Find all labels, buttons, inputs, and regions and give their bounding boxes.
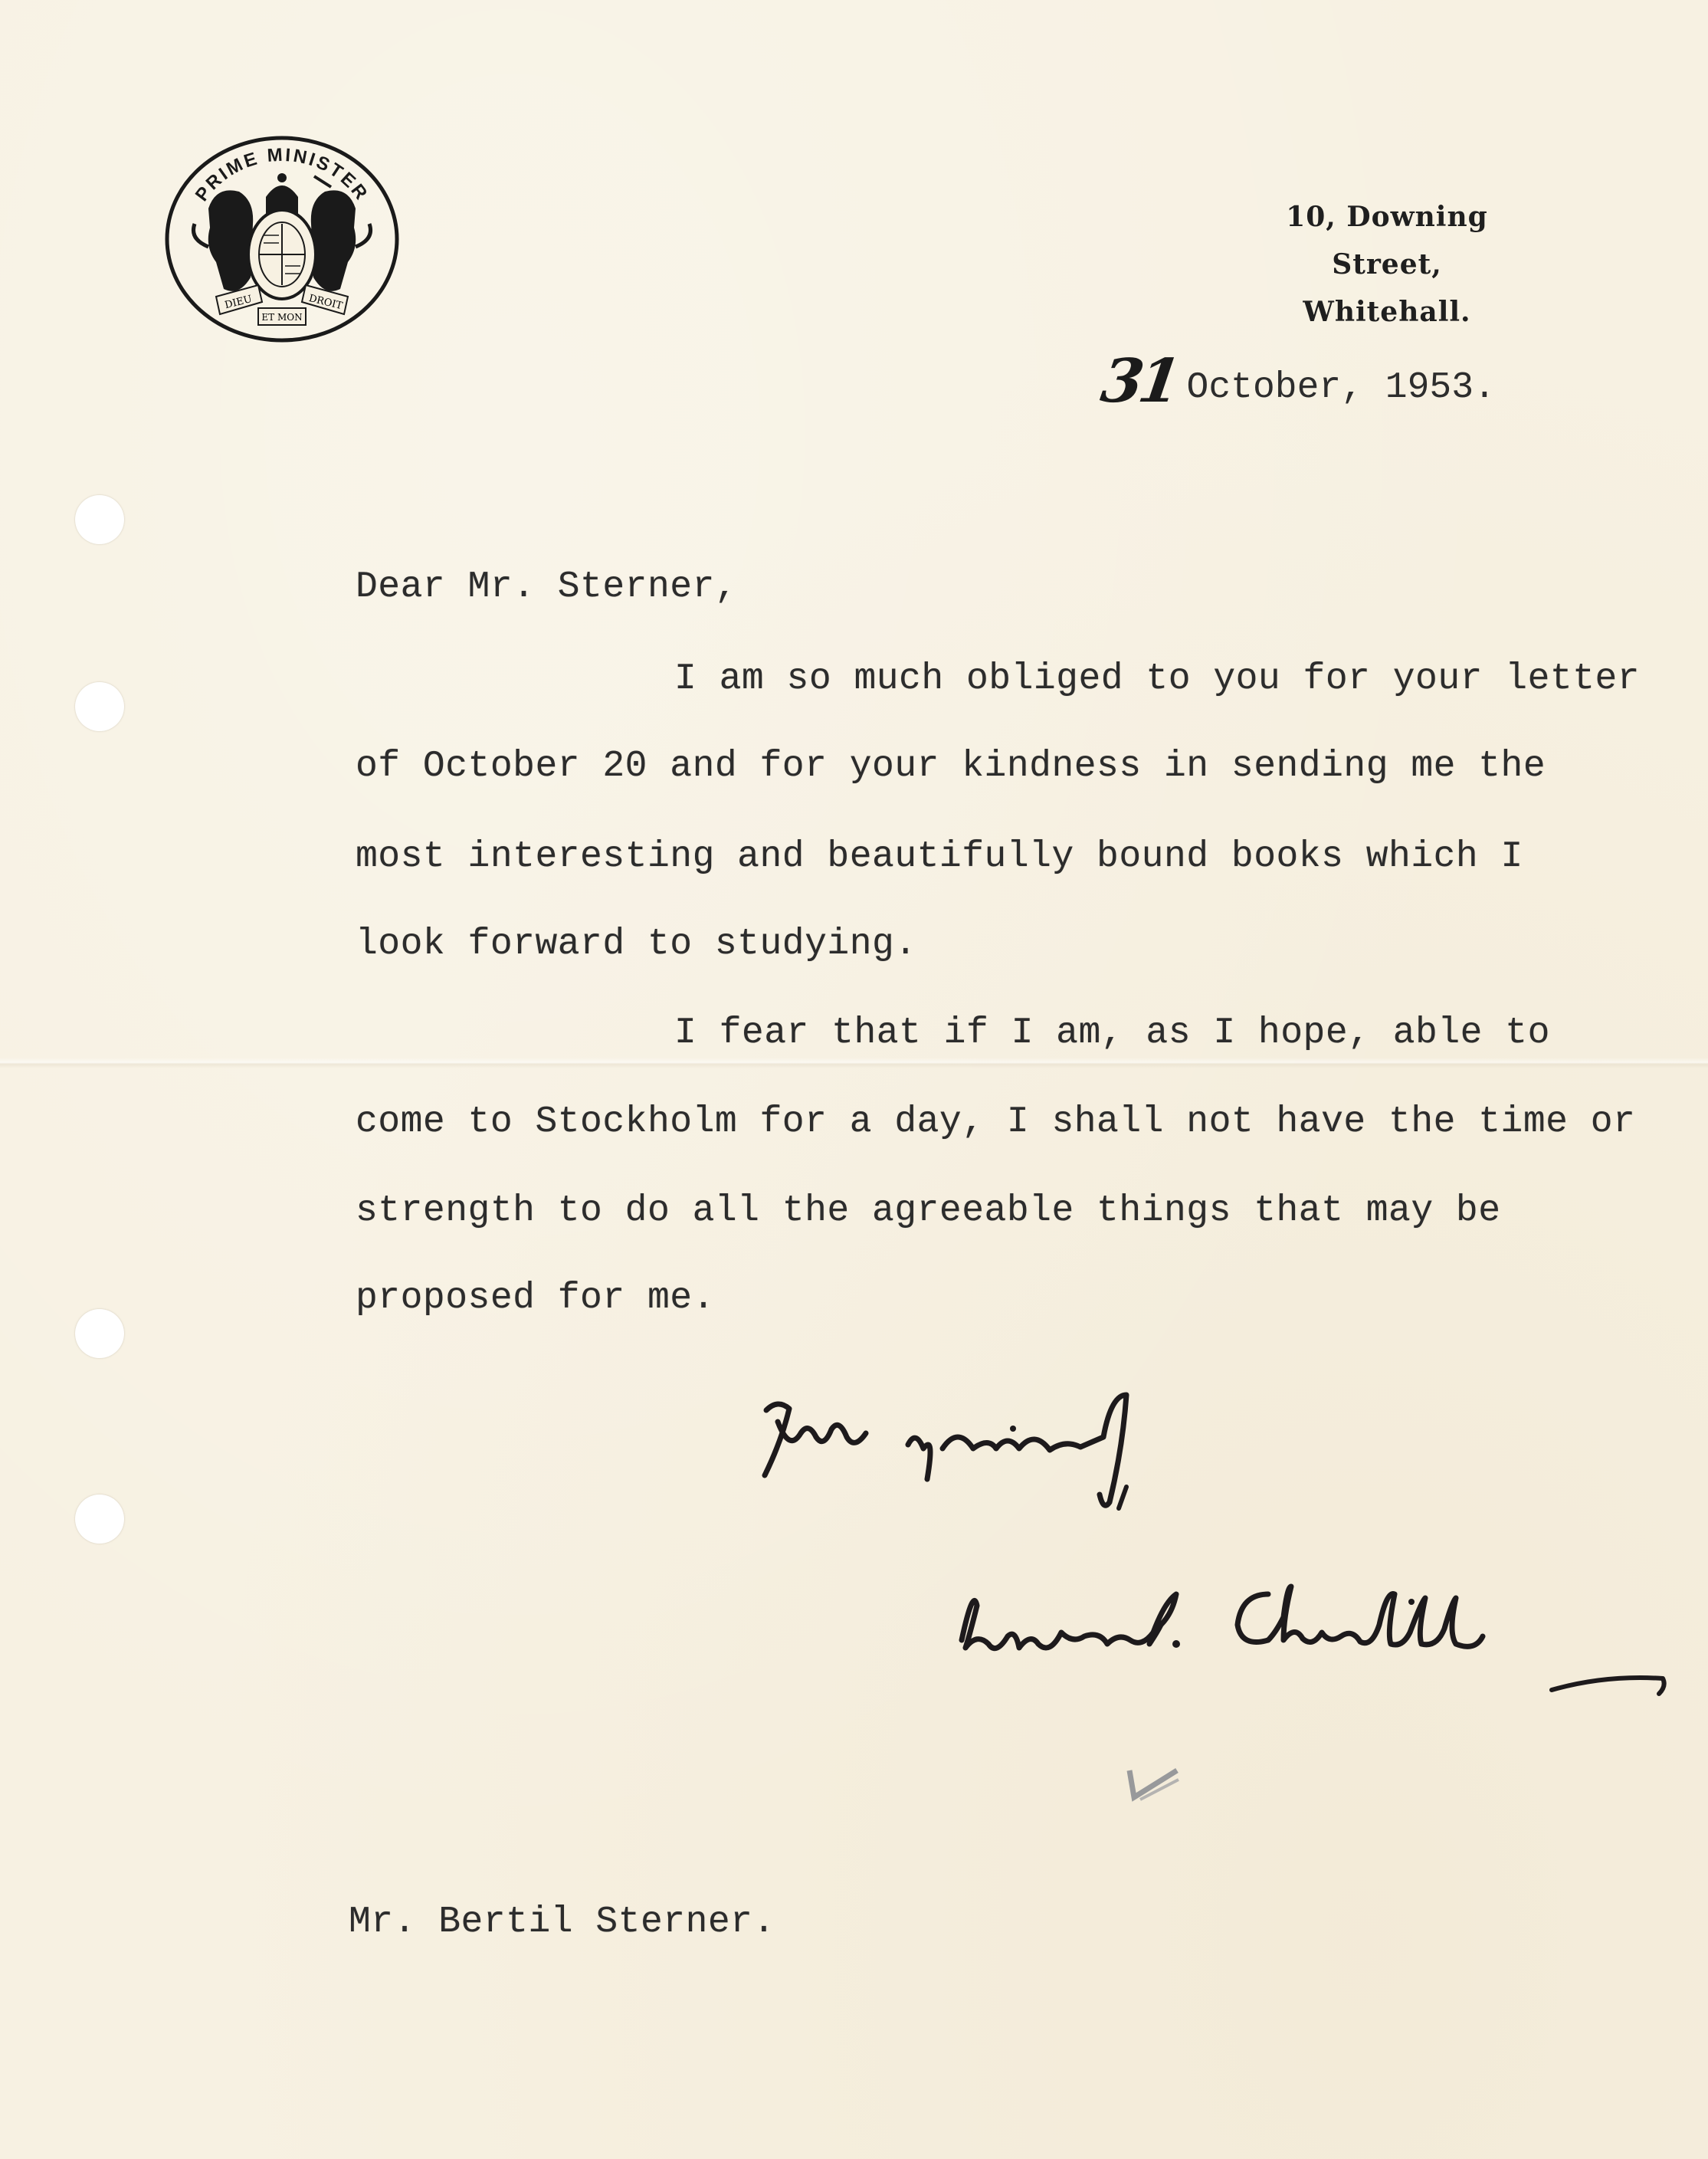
punch-hole bbox=[75, 495, 124, 544]
body-line: of October 20 and for your kindness in s… bbox=[356, 745, 1546, 788]
body-line: most interesting and beautifully bound b… bbox=[356, 835, 1523, 878]
letter-date: 31October, 1953. bbox=[1102, 346, 1496, 416]
body-line: strength to do all the agreeable things … bbox=[356, 1189, 1501, 1232]
letterhead-address: 10, Downing Street, Whitehall. bbox=[1226, 193, 1548, 336]
body-line: I am so much obliged to you for your let… bbox=[674, 658, 1640, 701]
salutation: Dear Mr. Sterner, bbox=[356, 566, 737, 609]
paper-fold-crease bbox=[0, 1058, 1708, 1068]
valediction-handwritten: Yours very sincerely, bbox=[743, 1380, 1280, 1518]
pencil-check-mark-icon bbox=[1123, 1755, 1185, 1809]
prime-minister-crest-icon: PRIME MINISTER DIEU DROIT ET MON bbox=[162, 132, 402, 343]
date-month-year: October, 1953. bbox=[1187, 367, 1496, 409]
address-line-2: Whitehall. bbox=[1226, 288, 1548, 336]
body-line: come to Stockholm for a day, I shall not… bbox=[356, 1101, 1635, 1143]
punch-hole bbox=[75, 1309, 124, 1358]
body-line: proposed for me. bbox=[356, 1277, 715, 1320]
body-line: look forward to studying. bbox=[356, 923, 917, 966]
recipient-name: Mr. Bertil Sterner. bbox=[349, 1901, 775, 1944]
date-day-handwritten: 31 bbox=[1097, 346, 1181, 416]
punch-hole bbox=[75, 682, 124, 731]
body-line: I fear that if I am, as I hope, able to bbox=[674, 1012, 1550, 1055]
crest-motto-center: ET MON bbox=[261, 312, 302, 323]
address-line-1: 10, Downing Street, bbox=[1226, 193, 1548, 288]
punch-hole bbox=[75, 1495, 124, 1544]
signature-handwritten: Winston S. Churchill bbox=[946, 1571, 1674, 1717]
